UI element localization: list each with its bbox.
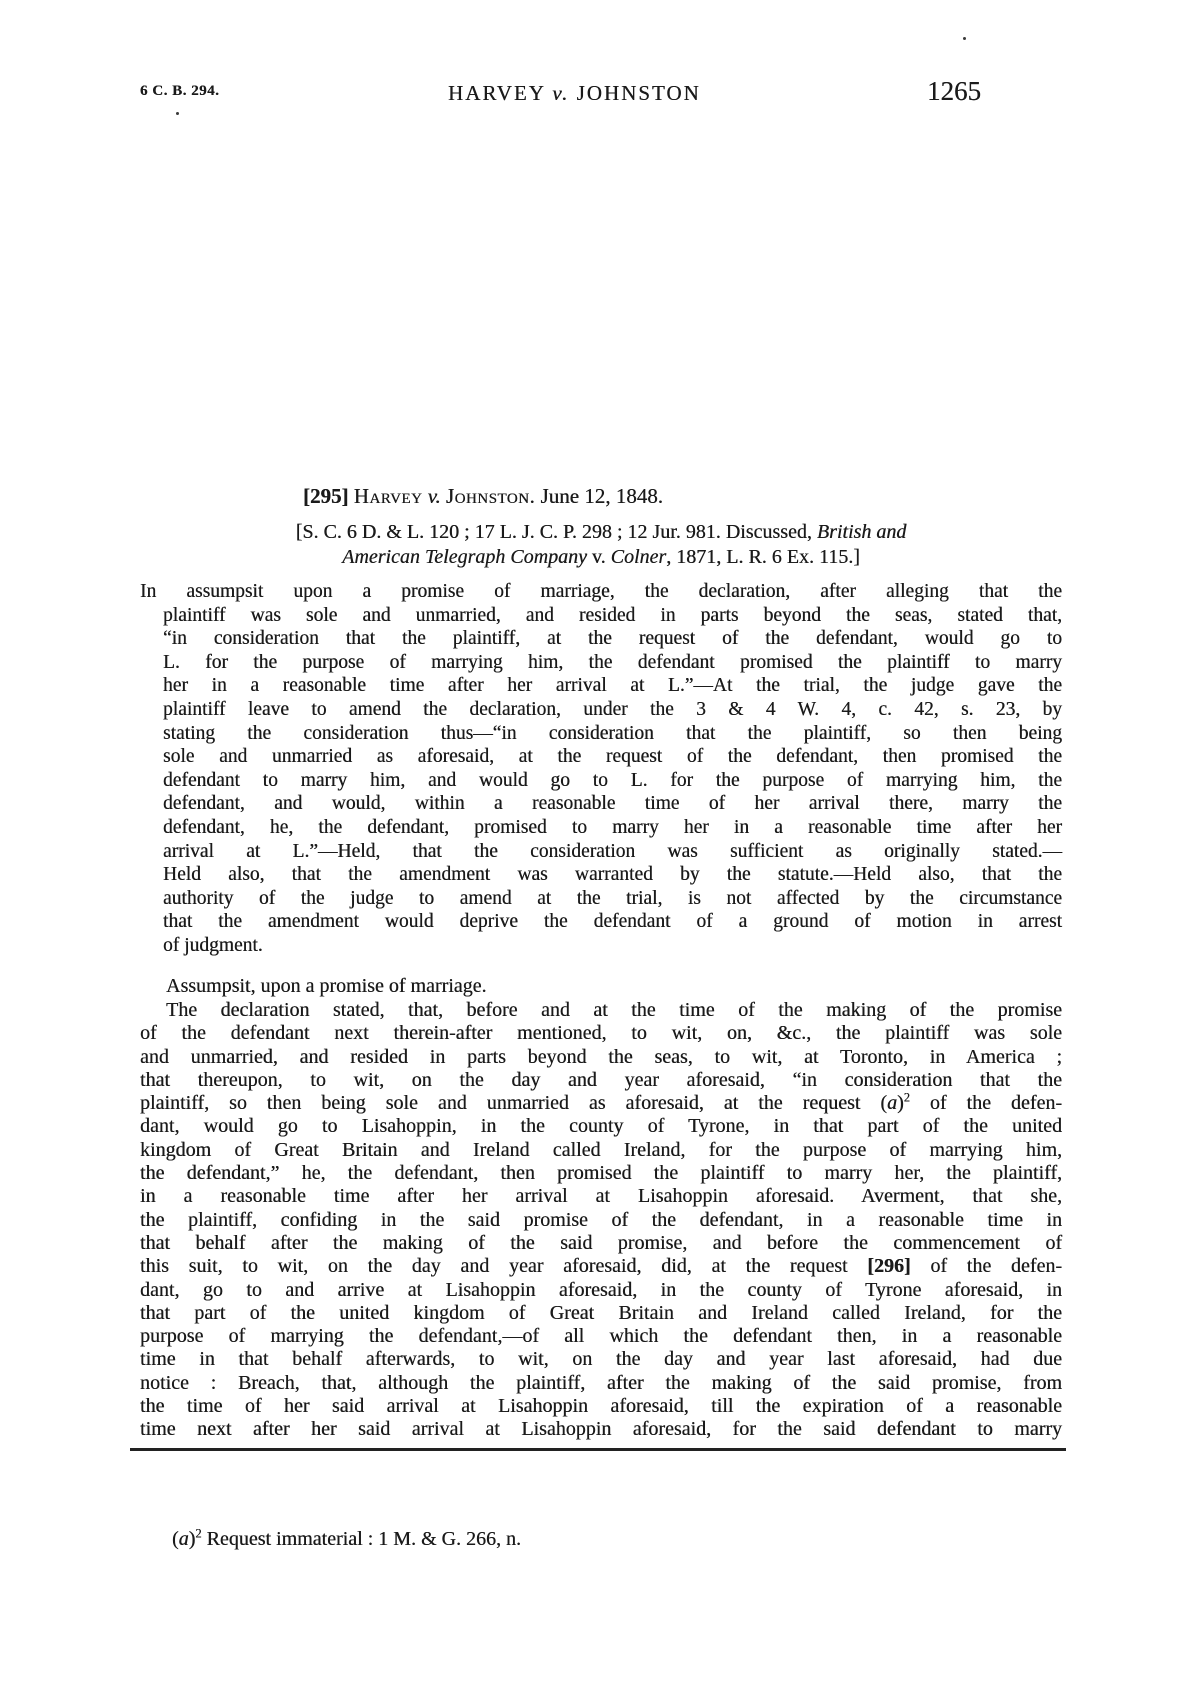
text-segment: of the defen- [911,1255,1062,1277]
text-segment: this suit, to wit, on the day and year a… [140,1255,867,1277]
text-line: of the defendant next therein-after ment… [140,1022,1062,1045]
text-line: that thereupon, to wit, on the day and y… [140,1069,1062,1092]
text-segment: plaintiff, so then being sole and unmarr… [140,1092,887,1114]
footnote-a2: (a)2 Request immaterial : 1 M. & G. 266,… [172,1528,521,1551]
header-volume-ref: 6 C. B. 294. [140,83,219,100]
text-segment: [295] [303,484,349,508]
text-line: purpose of marrying the defendant,—of al… [140,1325,1062,1348]
text-line: her in a reasonable time after her arriv… [140,674,1062,698]
text-line: and unmarried, and resided in parts beyo… [140,1046,1062,1069]
text-line: the defendant,” he, the defendant, then … [140,1162,1062,1185]
text-line: of judgment. [140,934,1062,958]
text-line: In assumpsit upon a promise of marriage,… [140,580,1062,604]
text-segment: a [887,1092,897,1114]
text-segment: v. [587,546,611,568]
text-segment: JOHNSTON [569,81,700,105]
text-segment: American Telegraph Company [342,546,587,568]
text-line: that the amendment would deprive the def… [140,910,1062,934]
text-line: plaintiff, so then being sole and unmarr… [140,1092,1062,1115]
text-line: time in that behalf afterwards, to wit, … [140,1348,1062,1371]
text-line: L. for the purpose of marrying him, the … [140,651,1062,675]
text-line: the plaintiff, confiding in the said pro… [140,1209,1062,1232]
citation-line-1: [S. C. 6 D. & L. 120 ; 17 L. J. C. P. 29… [140,520,1062,545]
text-segment: June 12, 1848. [535,484,663,508]
text-line: defendant to marry him, and would go to … [140,769,1062,793]
text-line: dant, would go to Lisahoppin, in the cou… [140,1115,1062,1138]
text-line: time next after her said arrival at Lisa… [140,1418,1062,1441]
text-line: “in consideration that the plaintiff, at… [140,627,1062,651]
text-line: authority of the judge to amend at the t… [140,887,1062,911]
header-running-title: HARVEY v. JOHNSTON [448,81,701,106]
text-segment: ( [172,1528,179,1550]
text-segment: [296] [867,1255,910,1277]
text-line: this suit, to wit, on the day and year a… [140,1255,1062,1278]
text-segment: Johnston. [446,484,535,508]
text-line: arrival at L.”—Held, that the considerat… [140,840,1062,864]
text-line: plaintiff leave to amend the declaration… [140,698,1062,722]
text-line: defendant, he, the defendant, promised t… [140,816,1062,840]
body-paragraph-assumpsit: Assumpsit, upon a promise of marriage. [140,975,1062,998]
headnote: In assumpsit upon a promise of marriage,… [140,580,1062,958]
text-line: Assumpsit, upon a promise of marriage. [140,975,1062,998]
text-line: the time of her said arrival at Lisahopp… [140,1395,1062,1418]
text-segment: , 1871, L. R. 6 Ex. 115.] [666,546,860,568]
text-line: Held also, that the amendment was warran… [140,863,1062,887]
text-line: that behalf after the making of the said… [140,1232,1062,1255]
text-segment: ) [897,1092,904,1114]
header-page-number: 1265 [927,76,981,107]
text-segment: a [179,1528,189,1550]
citation-line-2: American Telegraph Company v. Colner, 18… [140,545,1062,570]
text-segment: British and [817,521,906,543]
text-segment: Colner [611,546,667,568]
text-line: The declaration stated, that, before and… [140,999,1062,1022]
text-line: stating the consideration thus—“in consi… [140,722,1062,746]
text-line: dant, go to and arrive at Lisahoppin afo… [140,1279,1062,1302]
text-line: notice : Breach, that, although the plai… [140,1372,1062,1395]
case-title: [295] Harvey v. Johnston. June 12, 1848. [303,484,663,509]
text-segment: Harvey [354,484,423,508]
text-line: plaintiff was sole and unmarried, and re… [140,604,1062,628]
scan-artifact-dot [176,112,179,115]
text-segment: v. [552,81,569,105]
text-segment: [S. C. 6 D. & L. 120 ; 17 L. J. C. P. 29… [296,521,817,543]
text-line: kingdom of Great Britain and Ireland cal… [140,1139,1062,1162]
scanned-law-report-page: 6 C. B. 294. HARVEY v. JOHNSTON 1265 [29… [0,0,1200,1707]
text-segment: HARVEY [448,81,552,105]
footnote-separator-rule [130,1448,1066,1451]
scan-artifact-dot [963,37,966,40]
text-segment: v. [428,484,441,508]
case-citation: [S. C. 6 D. & L. 120 ; 17 L. J. C. P. 29… [140,520,1062,570]
text-line: sole and unmarried as aforesaid, at the … [140,745,1062,769]
text-line: that part of the united kingdom of Great… [140,1302,1062,1325]
text-segment: of the defen- [910,1092,1062,1114]
text-line: in a reasonable time after her arrival a… [140,1185,1062,1208]
text-line: defendant, and would, within a reasonabl… [140,792,1062,816]
text-segment: Request immaterial : 1 M. & G. 266, n. [202,1528,521,1550]
body-paragraph-declaration: The declaration stated, that, before and… [140,999,1062,1442]
